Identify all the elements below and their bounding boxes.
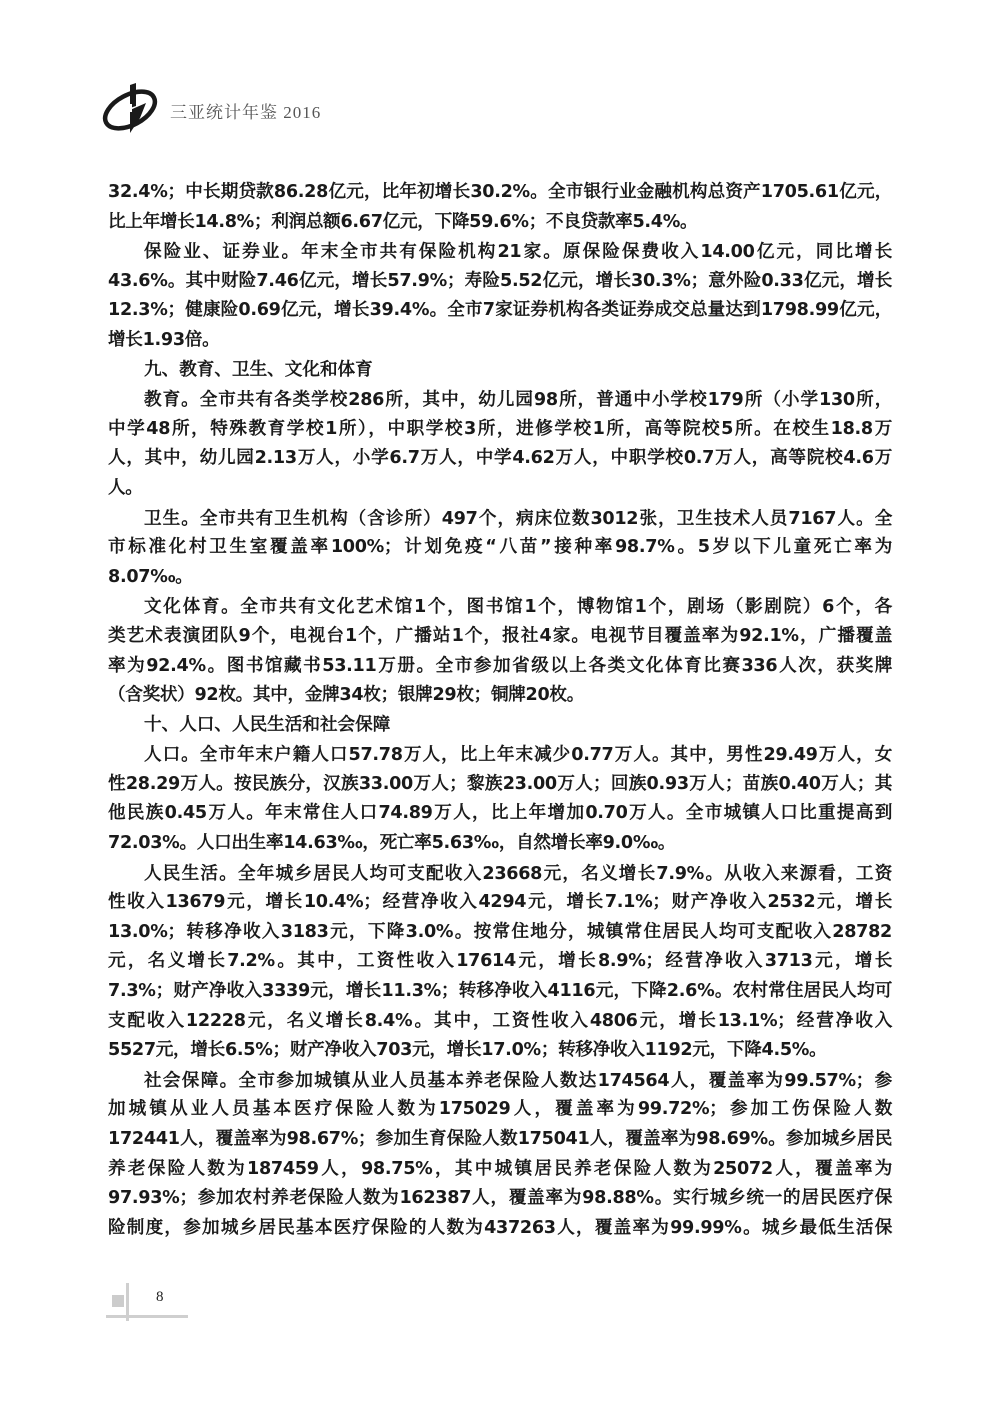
statistics-bureau-logo-icon	[100, 80, 160, 136]
paragraph-lead: 卫生。	[144, 508, 200, 529]
paragraph-lead: 教育。	[144, 389, 200, 410]
text-line: 43.6%。其中财险7.46亿元，增长57.9%；寿险5.52亿元，增长30.3…	[108, 267, 892, 297]
text-line: 保险业、证券业。年末全市共有保险机构21家。原保险保费收入14.00亿元，同比增…	[108, 237, 892, 267]
page-footer: 8	[106, 1283, 196, 1323]
text-line: 人民生活。全年城乡居民人均可支配收入23668元，名义增长7.9%。从收入来源看…	[108, 859, 892, 889]
text-line: 社会保障。全市参加城镇从业人员基本养老保险人数达174564人，覆盖率为99.5…	[108, 1066, 892, 1096]
text-line: 12.3%；健康险0.69亿元，增长39.4%。全市7家证券机构各类证券成交总量…	[108, 296, 892, 326]
text-span: 全市年末户籍人口57.78万人，比上年末减少0.77万人。其中，男性29.49万…	[200, 745, 892, 765]
paragraph-lead: 社会保障。	[144, 1070, 239, 1091]
text-span: 全市参加城镇从业人员基本养老保险人数达174564人，覆盖率为99.57%；参	[239, 1071, 892, 1091]
text-span: 全市共有文化艺术馆1个，图书馆1个，博物馆1个，剧场（影剧院）6个，各	[240, 597, 892, 617]
paragraph-lead: 保险业、证券业。	[144, 241, 301, 262]
text-line: 5527元，增长6.5%；财产净收入703元，增长17.0%；转移净收入1192…	[108, 1036, 892, 1066]
text-line: 支配收入12228元，名义增长8.4%。其中，工资性收入4806元，增长13.1…	[108, 1007, 892, 1037]
footer-horizontal-rule	[106, 1315, 188, 1318]
text-line: 中学48所，特殊教育学校1所），中职学校3所，进修学校1所，高等院校5所。在校生…	[108, 415, 892, 445]
text-line: 人，其中，幼儿园2.13万人，小学6.7万人，中学4.62万人，中职学校0.7万…	[108, 444, 892, 474]
text-line: 性收入13679元，增长10.4%；经营净收入4294元，增长7.1%；财产净收…	[108, 888, 892, 918]
text-line: 类艺术表演团队9个，电视台1个，广播站1个，报社4家。电视节目覆盖率为92.1%…	[108, 622, 892, 652]
page-header: 三亚统计年鉴 2016	[100, 78, 321, 138]
text-line: 养老保险人数为187459人，98.75%，其中城镇居民养老保险人数为25072…	[108, 1155, 892, 1185]
text-line: 172441人，覆盖率为98.67%；参加生育保险人数175041人，覆盖率为9…	[108, 1125, 892, 1155]
text-span: 年末全市共有保险机构21家。原保险保费收入14.00亿元，同比增长	[301, 242, 892, 262]
text-line: 7.3%；财产净收入3339元，增长11.3%；转移净收入4116元，下降2.6…	[108, 977, 892, 1007]
text-line: 72.03%。人口出生率14.63‰，死亡率5.63‰，自然增长率9.0‰。	[108, 829, 892, 859]
text-span: 全市共有卫生机构（含诊所）497个，病床位数3012张，卫生技术人员7167人。…	[200, 509, 892, 529]
text-line: 13.0%；转移净收入3183元，下降3.0%。按常住地分，城镇常住居民人均可支…	[108, 918, 892, 948]
book-title: 三亚统计年鉴 2016	[170, 98, 321, 123]
text-line: 险制度，参加城乡居民基本医疗保险的人数为437263人，覆盖率为99.99%。城…	[108, 1214, 892, 1244]
text-line: 率为92.4%。图书馆藏书53.11万册。全市参加省级以上各类文化体育比赛336…	[108, 652, 892, 682]
section-heading: 九、教育、卫生、文化和体育	[108, 356, 892, 386]
text-line: 他民族0.45万人。年末常住人口74.89万人，比上年增加0.70万人。全市城镇…	[108, 799, 892, 829]
text-line: 人口。全市年末户籍人口57.78万人，比上年末减少0.77万人。其中，男性29.…	[108, 740, 892, 770]
paragraph-lead: 文化体育。	[144, 596, 240, 617]
document-body: 32.4%；中长期贷款86.28亿元，比年初增长30.2%。全市银行业金融机构总…	[108, 178, 892, 1243]
paragraph-lead: 人民生活。	[144, 863, 238, 884]
text-line: 32.4%；中长期贷款86.28亿元，比年初增长30.2%。全市银行业金融机构总…	[108, 178, 892, 208]
text-line: 卫生。全市共有卫生机构（含诊所）497个，病床位数3012张，卫生技术人员716…	[108, 504, 892, 534]
text-line: 比上年增长14.8%；利润总额6.67亿元，下降59.6%；不良贷款率5.4%。	[108, 208, 892, 238]
text-line: 教育。全市共有各类学校286所，其中，幼儿园98所，普通中小学校179所（小学1…	[108, 385, 892, 415]
text-line: 元，名义增长7.2%。其中，工资性收入17614元，增长8.9%；经营净收入37…	[108, 947, 892, 977]
page-number: 8	[156, 1289, 164, 1306]
text-span: 全年城乡居民人均可支配收入23668元，名义增长7.9%。从收入来源看，工资	[238, 864, 892, 884]
text-line: 加城镇从业人员基本医疗保险人数为175029人，覆盖率为99.72%；参加工伤保…	[108, 1095, 892, 1125]
text-line: 97.93%；参加农村养老保险人数为162387人，覆盖率为98.88%。实行城…	[108, 1184, 892, 1214]
text-line: 市标准化村卫生室覆盖率100%；计划免疫“八苗”接种率98.7%。5岁以下儿童死…	[108, 533, 892, 563]
footer-square-decoration	[112, 1295, 124, 1307]
text-line: 8.07‰。	[108, 563, 892, 593]
text-line: 性28.29万人。按民族分，汉族33.00万人；黎族23.00万人；回族0.93…	[108, 770, 892, 800]
section-heading: 十、人口、人民生活和社会保障	[108, 711, 892, 741]
paragraph-lead: 人口。	[144, 744, 200, 765]
text-line: 文化体育。全市共有文化艺术馆1个，图书馆1个，博物馆1个，剧场（影剧院）6个，各	[108, 592, 892, 622]
text-line: （含奖状）92枚。其中，金牌34枚；银牌29枚；铜牌20枚。	[108, 681, 892, 711]
text-span: 全市共有各类学校286所，其中，幼儿园98所，普通中小学校179所（小学130所…	[200, 390, 892, 410]
text-line: 人。	[108, 474, 892, 504]
text-line: 增长1.93倍。	[108, 326, 892, 356]
